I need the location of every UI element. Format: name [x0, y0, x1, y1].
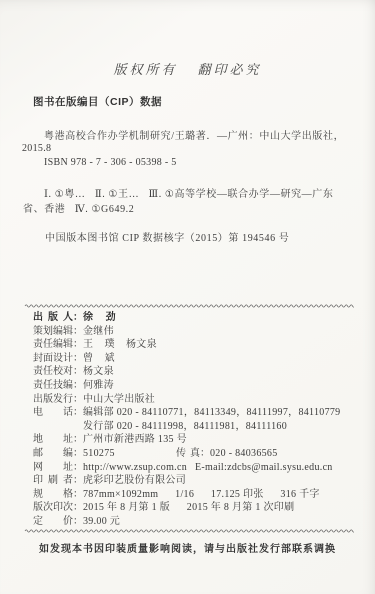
colophon-value: 金继伟	[83, 326, 114, 337]
colophon-colon: ：	[73, 339, 83, 350]
copyright-page: 版权所有翻印必究 图书在版编目（CIP）数据 粤港高校合作办学机制研究/王璐著．…	[0, 0, 375, 594]
colophon: 出版人：徐 劲 策划编辑：金继伟 责任编辑：王 璞 杨文泉 封面设计：曾 斌 责…	[33, 311, 359, 529]
colophon-label: 印刷者	[33, 474, 73, 488]
colophon-colon: ：	[73, 489, 83, 500]
colophon-colon: ：	[73, 516, 83, 527]
colophon-value-continuation: 发行部 020 - 84111998，84111981，84111160	[33, 420, 359, 434]
colophon-row-website-email: 网址：http://www.zsup.com.cnE-mail:zdcbs@ma…	[33, 461, 359, 475]
cip-classification-line1: Ⅰ. ①粤… Ⅱ. ①王… Ⅲ. ①高等学校—联合办学—研究—广东	[44, 185, 334, 200]
cip-record-number: 中国版本图书馆 CIP 数据核字（2015）第 194546 号	[45, 229, 289, 244]
copyright-notice-part2: 翻印必究	[198, 62, 262, 77]
colophon-label: 地址	[33, 433, 73, 447]
colophon-row-technical-editor: 责任技编：何雅涛	[33, 379, 359, 393]
colophon-value: 中山大学出版社	[83, 394, 155, 405]
copyright-notice-part1: 版权所有	[113, 62, 177, 77]
colophon-colon: ：	[73, 366, 83, 377]
colophon-label: 电话	[33, 406, 73, 420]
colophon-colon: ：	[73, 394, 83, 405]
colophon-value-email: E-mail:zdcbs@mail.sysu.edu.cn	[195, 462, 333, 473]
colophon-colon: ：	[73, 434, 83, 445]
colophon-value: 何雅涛	[83, 380, 114, 391]
colophon-label: 出版发行	[33, 393, 73, 407]
cip-classification-line2: 省、香港 Ⅳ. ①G649.2	[23, 200, 134, 215]
colophon-colon: ：	[73, 353, 83, 364]
colophon-label: 策划编辑	[33, 325, 73, 339]
colophon-label: 版次印次	[33, 501, 73, 515]
colophon-value: 编辑部 020 - 84110771，84113349，84111997，841…	[83, 407, 340, 418]
colophon-label: 责任编辑	[33, 338, 73, 352]
copyright-notice: 版权所有翻印必究	[0, 59, 375, 78]
colophon-row-publisher-person: 出版人：徐 劲	[33, 311, 359, 325]
colophon-value: 曾 斌	[83, 353, 115, 364]
colophon-label: 规格	[33, 488, 73, 502]
cip-entry-line2: 2015.8	[22, 143, 51, 154]
colophon-row-printer: 印刷者：虎彩印艺股份有限公司	[33, 474, 359, 488]
colophon-label: 出版人	[33, 311, 73, 325]
colophon-colon: ：	[73, 380, 83, 391]
colophon-row-telephone: 电话：编辑部 020 - 84110771，84113349，84111997，…	[33, 406, 359, 433]
colophon-row-responsible-editor: 责任编辑：王 璞 杨文泉	[33, 338, 359, 352]
colophon-value: 杨文泉	[83, 366, 114, 377]
colophon-colon: ：	[73, 462, 83, 473]
colophon-row-address: 地址：广州市新港西路 135 号	[33, 433, 359, 447]
colophon-row-price: 定价：39.00 元	[33, 515, 359, 529]
colophon-row-publisher: 出版发行：中山大学出版社	[33, 393, 359, 407]
colophon-value: 39.00 元	[83, 516, 120, 527]
colophon-value: 王 璞 杨文泉	[83, 339, 157, 350]
cip-entry-line1: 粤港高校合作办学机制研究/王璐著．—广州：中山大学出版社，	[44, 127, 344, 142]
colophon-label: 邮编	[33, 447, 73, 461]
colophon-colon: ：	[73, 407, 83, 418]
colophon-value: 787mm×1092mm 1/16 17.125 印张 316 千字	[83, 489, 320, 500]
colophon-label-fax: 传真	[176, 447, 200, 461]
colophon-row-format: 规格：787mm×1092mm 1/16 17.125 印张 316 千字	[33, 488, 359, 502]
colophon-value-fax: 020 - 84036565	[210, 448, 278, 459]
colophon-row-postcode-fax: 邮编：510275传真：020 - 84036565	[33, 447, 359, 461]
colophon-label: 封面设计	[33, 352, 73, 366]
colophon-colon: ：	[200, 448, 210, 459]
colophon-row-edition: 版次印次：2015 年 8 月第 1 版 2015 年 8 月第 1 次印刷	[33, 501, 359, 515]
cip-isbn: ISBN 978 - 7 - 306 - 05398 - 5	[44, 157, 177, 168]
colophon-value: 徐 劲	[83, 312, 116, 323]
colophon-row-planning-editor: 策划编辑：金继伟	[33, 325, 359, 339]
colophon-colon: ：	[73, 448, 83, 459]
colophon-colon: ：	[73, 312, 83, 323]
colophon-colon: ：	[73, 502, 83, 513]
colophon-label: 责任技编	[33, 379, 73, 393]
wavy-divider-top	[24, 303, 354, 309]
colophon-value: 广州市新港西路 135 号	[83, 434, 187, 445]
colophon-colon: ：	[73, 475, 83, 486]
colophon-label: 网址	[33, 461, 73, 475]
colophon-row-cover-design: 封面设计：曾 斌	[33, 352, 359, 366]
colophon-value: 2015 年 8 月第 1 版 2015 年 8 月第 1 次印刷	[83, 502, 294, 513]
colophon-value-website: http://www.zsup.com.cn	[83, 461, 187, 475]
cip-heading: 图书在版编目（CIP）数据	[33, 94, 162, 109]
wavy-divider-bottom	[24, 528, 354, 534]
colophon-label: 责任校对	[33, 365, 73, 379]
colophon-label: 定价	[33, 515, 73, 529]
colophon-row-proofreader: 责任校对：杨文泉	[33, 365, 359, 379]
colophon-value: 510275	[83, 447, 176, 461]
colophon-value: 虎彩印艺股份有限公司	[83, 475, 186, 486]
print-quality-note: 如发现本书因印装质量影响阅读，请与出版社发行部联系调换	[0, 540, 375, 555]
colophon-colon: ：	[73, 326, 83, 337]
